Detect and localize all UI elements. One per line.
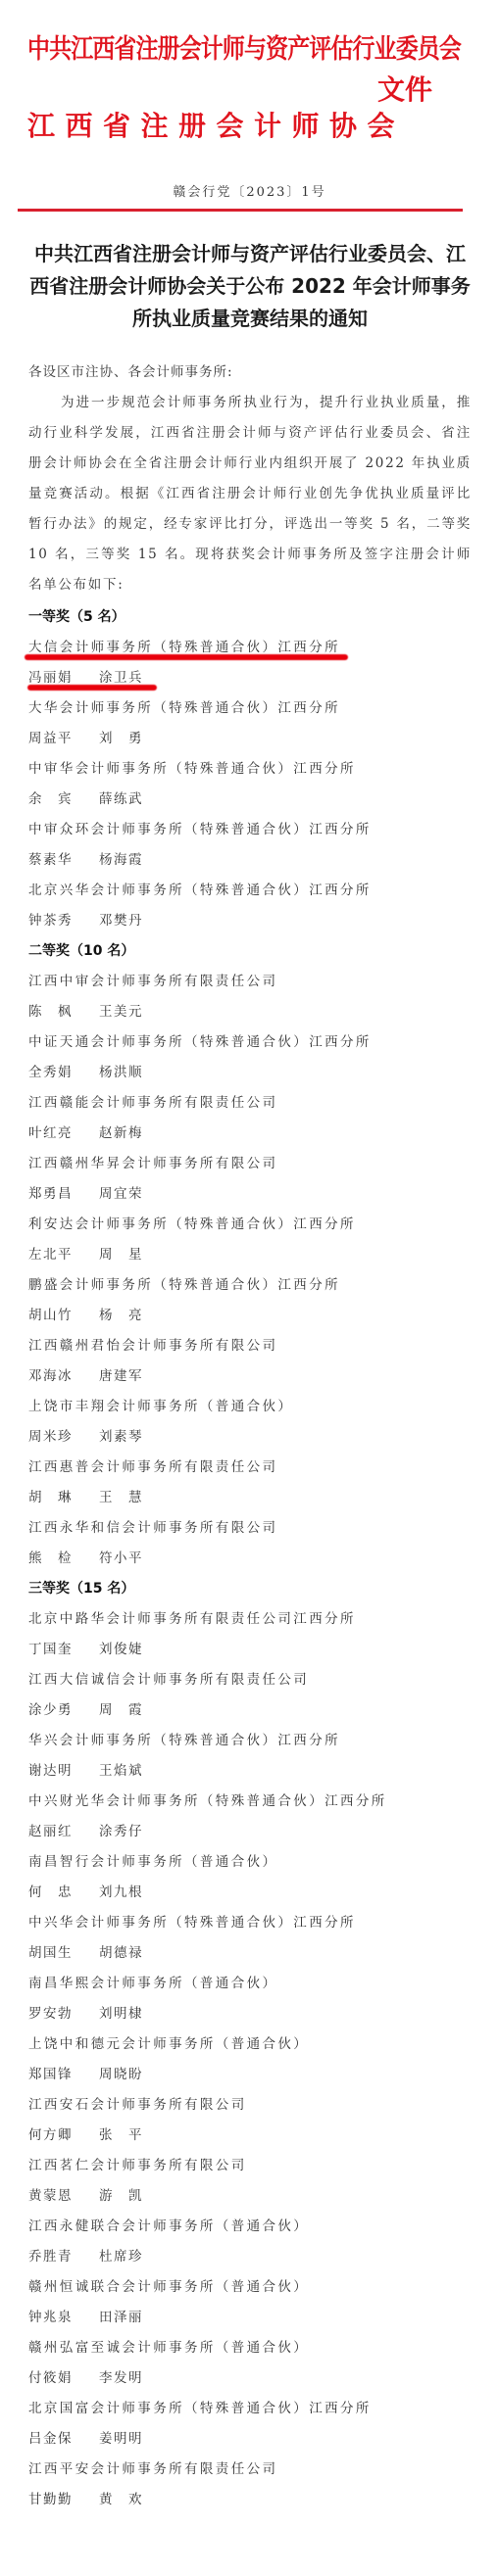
signing-cpas: 周米珍刘素琴	[28, 1422, 479, 1453]
firm-name: 华兴会计师事务所（特殊普通合伙）江西分所	[28, 1726, 479, 1756]
signer-name: 杨 亮	[99, 1301, 170, 1331]
firm-name: 江西平安会计师事务所有限责任公司	[28, 2455, 479, 2485]
firm-name: 赣州恒诚联合会计师事务所（普通合伙）	[28, 2272, 479, 2303]
signer-name: 刘 勇	[99, 724, 170, 754]
signer-name: 涂秀仔	[99, 1817, 170, 1847]
firm-name: 鹏盛会计师事务所（特殊普通合伙）江西分所	[28, 1270, 479, 1301]
firm-name: 江西惠普会计师事务所有限责任公司	[28, 1453, 479, 1483]
award-list: 一等奖（5 名）大信会计师事务所（特殊普通合伙）江西分所冯丽娟涂卫兵大华会计师事…	[28, 602, 479, 2515]
signer-name: 刘九根	[99, 1878, 170, 1908]
signer-name: 吕金保	[28, 2424, 99, 2455]
prize-heading: 一等奖（5 名）	[28, 602, 479, 633]
signer-name: 刘俊婕	[99, 1635, 170, 1665]
document-number: 赣会行党〔2023〕1号	[0, 181, 499, 200]
firm-name: 江西赣能会计师事务所有限责任公司	[28, 1088, 479, 1119]
signing-cpas: 余 宾薛练武	[28, 785, 479, 815]
signing-cpas: 涂少勇周 霞	[28, 1695, 479, 1726]
signing-cpas: 钟兆泉田泽丽	[28, 2303, 479, 2333]
signer-name: 王焰斌	[99, 1756, 170, 1787]
signer-name: 陈 枫	[28, 997, 99, 1027]
signer-name: 周 霞	[99, 1695, 170, 1726]
signer-name: 薛练武	[99, 785, 170, 815]
signing-cpas: 邓海冰唐建军	[28, 1361, 479, 1392]
signer-name: 赵新梅	[99, 1119, 170, 1149]
signer-name: 郑国锋	[28, 2060, 99, 2090]
signing-cpas: 罗安勃刘明棣	[28, 1999, 479, 2029]
signing-cpas: 丁国奎刘俊婕	[28, 1635, 479, 1665]
signer-name: 叶红亮	[28, 1119, 99, 1149]
signing-cpas: 熊 检符小平	[28, 1544, 479, 1574]
signer-name: 钟兆泉	[28, 2303, 99, 2333]
signing-cpas: 胡 琳王 慧	[28, 1483, 479, 1513]
firm-name: 北京中路华会计师事务所有限责任公司江西分所	[28, 1604, 479, 1635]
signer-name: 杨洪顺	[99, 1058, 170, 1088]
intro-paragraph: 为进一步规范会计师事务所执业行为，提升行业执业质量，推动行业科学发展，江西省注册…	[28, 388, 472, 600]
signing-cpas: 黄蒙恩游 凯	[28, 2181, 479, 2212]
firm-name: 中审华会计师事务所（特殊普通合伙）江西分所	[28, 754, 479, 785]
signer-name: 赵丽红	[28, 1817, 99, 1847]
signing-cpas: 左北平周 星	[28, 1240, 479, 1270]
signer-name: 张 平	[99, 2121, 170, 2151]
signer-name: 蔡素华	[28, 845, 99, 876]
signer-name: 熊 检	[28, 1544, 99, 1574]
signer-name: 杨海霞	[99, 845, 170, 876]
signer-name: 甘勤勤	[28, 2485, 99, 2515]
signer-name: 何方卿	[28, 2121, 99, 2151]
firm-name: 赣州弘富至诚会计师事务所（普通合伙）	[28, 2333, 479, 2363]
firm-name: 中兴华会计师事务所（特殊普通合伙）江西分所	[28, 1908, 479, 1938]
firm-name: 南昌华熙会计师事务所（普通合伙）	[28, 1969, 479, 1999]
prize-heading: 二等奖（10 名）	[28, 936, 479, 967]
signer-name: 全秀娟	[28, 1058, 99, 1088]
signer-name: 王美元	[99, 997, 170, 1027]
signer-name: 黄蒙恩	[28, 2181, 99, 2212]
signing-cpas: 郑国锋周晓盼	[28, 2060, 479, 2090]
signer-name: 周晓盼	[99, 2060, 170, 2090]
signing-cpas: 赵丽红涂秀仔	[28, 1817, 479, 1847]
prize-heading: 三等奖（15 名）	[28, 1574, 479, 1604]
salutation: 各设区市注协、各会计师事务所:	[28, 358, 472, 388]
signer-name: 钟茶秀	[28, 906, 99, 936]
signing-cpas: 郑勇昌周宜荣	[28, 1179, 479, 1210]
signer-name: 胡德禄	[99, 1938, 170, 1969]
signer-name: 符小平	[99, 1544, 170, 1574]
signing-cpas: 蔡素华杨海霞	[28, 845, 479, 876]
firm-name: 江西永健联合会计师事务所（普通合伙）	[28, 2212, 479, 2242]
signing-cpas: 陈 枫王美元	[28, 997, 479, 1027]
signing-cpas: 何 忠刘九根	[28, 1878, 479, 1908]
signer-name: 涂卫兵	[99, 663, 170, 693]
signing-cpas: 胡国生胡德禄	[28, 1938, 479, 1969]
signing-cpas: 叶红亮赵新梅	[28, 1119, 479, 1149]
signer-name: 胡 琳	[28, 1483, 99, 1513]
signer-name: 邓樊丹	[99, 906, 170, 936]
signer-name: 郑勇昌	[28, 1179, 99, 1210]
firm-name: 中兴财光华会计师事务所（特殊普通合伙）江西分所	[28, 1787, 479, 1817]
signing-cpas: 何方卿张 平	[28, 2121, 479, 2151]
issuer-party-committee: 中共江西省注册会计师与资产评估行业委员会	[27, 27, 461, 66]
signing-cpas: 吕金保姜明明	[28, 2424, 479, 2455]
document-type-label: 文件	[377, 69, 432, 108]
signer-name: 胡山竹	[28, 1301, 99, 1331]
firm-name: 南昌智行会计师事务所（普通合伙）	[28, 1847, 479, 1878]
signer-name: 谢达明	[28, 1756, 99, 1787]
signer-name: 罗安勃	[28, 1999, 99, 2029]
firm-name: 北京国富会计师事务所（特殊普通合伙）江西分所	[28, 2394, 479, 2424]
signer-name: 黄 欢	[99, 2485, 170, 2515]
firm-name: 江西永华和信会计师事务所有限公司	[28, 1513, 479, 1544]
signing-cpas: 冯丽娟涂卫兵	[28, 663, 479, 693]
signer-name: 冯丽娟	[28, 663, 99, 693]
firm-name: 上饶中和德元会计师事务所（普通合伙）	[28, 2029, 479, 2060]
firm-name: 中证天通会计师事务所（特殊普通合伙）江西分所	[28, 1027, 479, 1058]
signing-cpas: 钟茶秀邓樊丹	[28, 906, 479, 936]
signing-cpas: 胡山竹杨 亮	[28, 1301, 479, 1331]
signer-name: 唐建军	[99, 1361, 170, 1392]
signing-cpas: 乔胜青杜席珍	[28, 2242, 479, 2272]
signer-name: 付筱娟	[28, 2363, 99, 2394]
signing-cpas: 谢达明王焰斌	[28, 1756, 479, 1787]
signer-name: 何 忠	[28, 1878, 99, 1908]
firm-name: 江西赣州君怡会计师事务所有限公司	[28, 1331, 479, 1361]
signer-name: 乔胜青	[28, 2242, 99, 2272]
signer-name: 周益平	[28, 724, 99, 754]
signer-name: 余 宾	[28, 785, 99, 815]
firm-name: 中审众环会计师事务所（特殊普通合伙）江西分所	[28, 815, 479, 845]
signer-name: 李发明	[99, 2363, 170, 2394]
issuer-cpa-association: 江西省注册会计师协会	[27, 105, 405, 144]
signer-name: 刘明棣	[99, 1999, 170, 2029]
signer-name: 姜明明	[99, 2424, 170, 2455]
signer-name: 游 凯	[99, 2181, 170, 2212]
signing-cpas: 全秀娟杨洪顺	[28, 1058, 479, 1088]
signer-name: 周 星	[99, 1240, 170, 1270]
signer-name: 邓海冰	[28, 1361, 99, 1392]
signing-cpas: 周益平刘 勇	[28, 724, 479, 754]
signer-name: 田泽丽	[99, 2303, 170, 2333]
signer-name: 周宜荣	[99, 1179, 170, 1210]
firm-name: 北京兴华会计师事务所（特殊普通合伙）江西分所	[28, 876, 479, 906]
signing-cpas: 付筱娟李发明	[28, 2363, 479, 2394]
signer-name: 左北平	[28, 1240, 99, 1270]
signer-name: 丁国奎	[28, 1635, 99, 1665]
header-divider	[18, 209, 463, 212]
signer-name: 涂少勇	[28, 1695, 99, 1726]
firm-name: 江西茗仁会计师事务所有限公司	[28, 2151, 479, 2181]
firm-name: 大信会计师事务所（特殊普通合伙）江西分所	[28, 633, 479, 663]
firm-name: 江西中审会计师事务所有限责任公司	[28, 967, 479, 997]
firm-name: 利安达会计师事务所（特殊普通合伙）江西分所	[28, 1210, 479, 1240]
signing-cpas: 甘勤勤黄 欢	[28, 2485, 479, 2515]
signer-name: 王 慧	[99, 1483, 170, 1513]
firm-name: 上饶市丰翔会计师事务所（普通合伙）	[28, 1392, 479, 1422]
signer-name: 周米珍	[28, 1422, 99, 1453]
firm-name: 江西大信诚信会计师事务所有限责任公司	[28, 1665, 479, 1695]
signer-name: 胡国生	[28, 1938, 99, 1969]
firm-name: 大华会计师事务所（特殊普通合伙）江西分所	[28, 693, 479, 724]
firm-name: 江西安石会计师事务所有限公司	[28, 2090, 479, 2121]
signer-name: 杜席珍	[99, 2242, 170, 2272]
firm-name: 江西赣州华昇会计师事务所有限公司	[28, 1149, 479, 1179]
notice-title: 中共江西省注册会计师与资产评估行业委员会、江西省注册会计师协会关于公布 2022…	[25, 238, 474, 335]
signer-name: 刘素琴	[99, 1422, 170, 1453]
notice-body: 各设区市注协、各会计师事务所: 为进一步规范会计师事务所执业行为，提升行业执业质…	[28, 358, 472, 600]
